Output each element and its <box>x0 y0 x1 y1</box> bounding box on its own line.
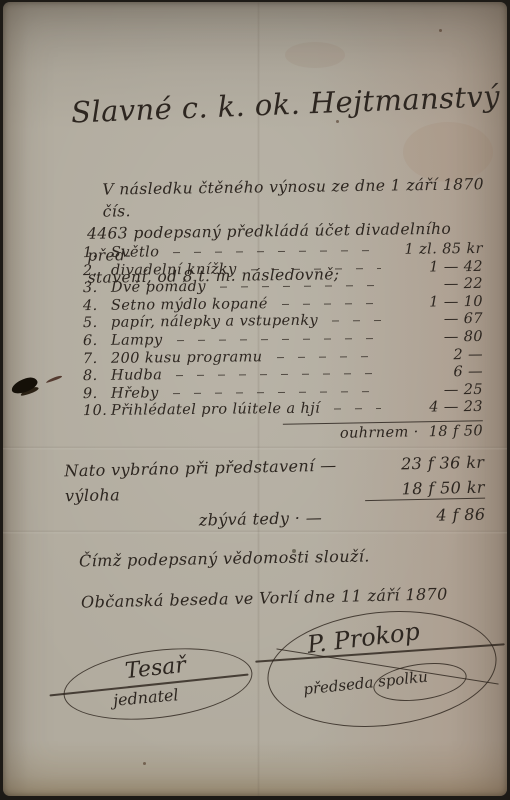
paper-sheet: Slavné c. k. ok. Hejtmanstvý ! V následk… <box>3 2 507 796</box>
dotted-leader <box>220 282 381 292</box>
item-number: 4. <box>83 298 111 314</box>
item-number: 6. <box>83 333 111 349</box>
item-amount: — 67 <box>387 311 483 328</box>
total-label: Nato vybráno při představení — <box>64 455 364 480</box>
expense-list: 1. Světlo 1 zl. 85 kr 2. divadelní knížk… <box>83 243 483 419</box>
item-label: Setno mýdlo kopané <box>111 296 276 314</box>
dotted-leader <box>332 317 381 326</box>
sum-line: ouhrnem · 18 f 50 <box>283 420 483 442</box>
dotted-leader <box>276 352 381 361</box>
item-number: 3. <box>83 280 111 296</box>
total-row-expenses: výloha 18 f 50 kr <box>65 478 485 508</box>
item-label: 200 kusu programu <box>111 349 271 367</box>
item-amount: 1 — 42 <box>387 258 483 275</box>
ink-blot <box>10 375 40 396</box>
item-label: divadelní knížky <box>111 261 245 278</box>
item-amount: 2 — <box>387 346 483 363</box>
total-row-collected: Nato vybráno při představení — 23 f 36 k… <box>64 453 484 481</box>
signature-right: P. Prokop předseda spolku <box>265 602 500 742</box>
paper-stain <box>285 42 345 68</box>
item-number: 7. <box>83 350 111 366</box>
expense-row: 10. Přihlédatel pro lúitele a hjí 4 — 23 <box>83 399 483 421</box>
item-amount: — 80 <box>387 329 483 346</box>
item-label: Přihlédatel pro lúitele a hjí <box>111 401 328 419</box>
total-amount: 18 f 50 kr <box>365 478 485 502</box>
item-number: 8. <box>83 368 111 384</box>
item-label: Lampy <box>111 332 171 349</box>
total-label: výloha <box>65 480 365 505</box>
item-label: Dvě pomády <box>111 279 214 296</box>
total-amount: 4 f 86 <box>365 505 485 527</box>
dotted-leader <box>334 405 381 413</box>
paper-speck <box>336 120 339 123</box>
item-amount: — 25 <box>387 382 483 399</box>
dotted-leader <box>176 335 381 345</box>
total-amount: 23 f 36 kr <box>364 453 484 475</box>
scanned-document-photo: { "document": { "heading": "Slavné c. k.… <box>0 0 510 800</box>
item10-subtotal: ouhrnem · 18 f 50 <box>283 420 483 442</box>
item-number: 2. <box>83 262 111 278</box>
total-row-remainder: zbývá tedy · — 4 f 86 <box>65 505 485 533</box>
item-label: papír, nálepky a vstupenky <box>111 313 326 331</box>
document-heading: Slavné c. k. ok. Hejtmanstvý ! <box>70 81 461 130</box>
dotted-leader <box>173 247 381 257</box>
item-number: 5. <box>83 315 111 331</box>
item-amount: 1 zl. 85 kr <box>387 241 483 258</box>
item-label: Světlo <box>111 244 167 261</box>
intro-line-1: V následku čtěného výnosu ze dne 1 září … <box>86 173 487 223</box>
item-amount: 1 — 10 <box>387 294 483 311</box>
item-amount: — 22 <box>387 276 483 293</box>
total-label: zbývá tedy · — <box>65 507 365 532</box>
paper-speck <box>439 29 442 32</box>
item-amount: 6 — <box>387 364 483 381</box>
item-label: Hřeby <box>111 385 167 402</box>
item-amount: 4 — 23 <box>387 399 483 416</box>
dotted-leader <box>173 388 381 398</box>
item-number: 9. <box>83 386 111 402</box>
item-label: Hudba <box>111 367 170 384</box>
paper-speck <box>143 762 146 765</box>
subtotal-label: ouhrnem · <box>340 424 419 441</box>
item-number: 10. <box>83 403 111 419</box>
signature-left: Tesař jednatel <box>55 638 265 738</box>
dotted-leader <box>251 264 381 273</box>
closing-line: Čímž podepsaný vědomosti slouží. <box>79 545 479 571</box>
item-number: 1. <box>83 245 111 261</box>
subtotal-amount: 18 f 50 <box>429 423 484 440</box>
dotted-leader <box>176 370 381 380</box>
dotted-leader <box>282 300 381 309</box>
totals-block: Nato vybráno při představení — 23 f 36 k… <box>64 453 486 539</box>
horizontal-crease <box>3 446 507 450</box>
